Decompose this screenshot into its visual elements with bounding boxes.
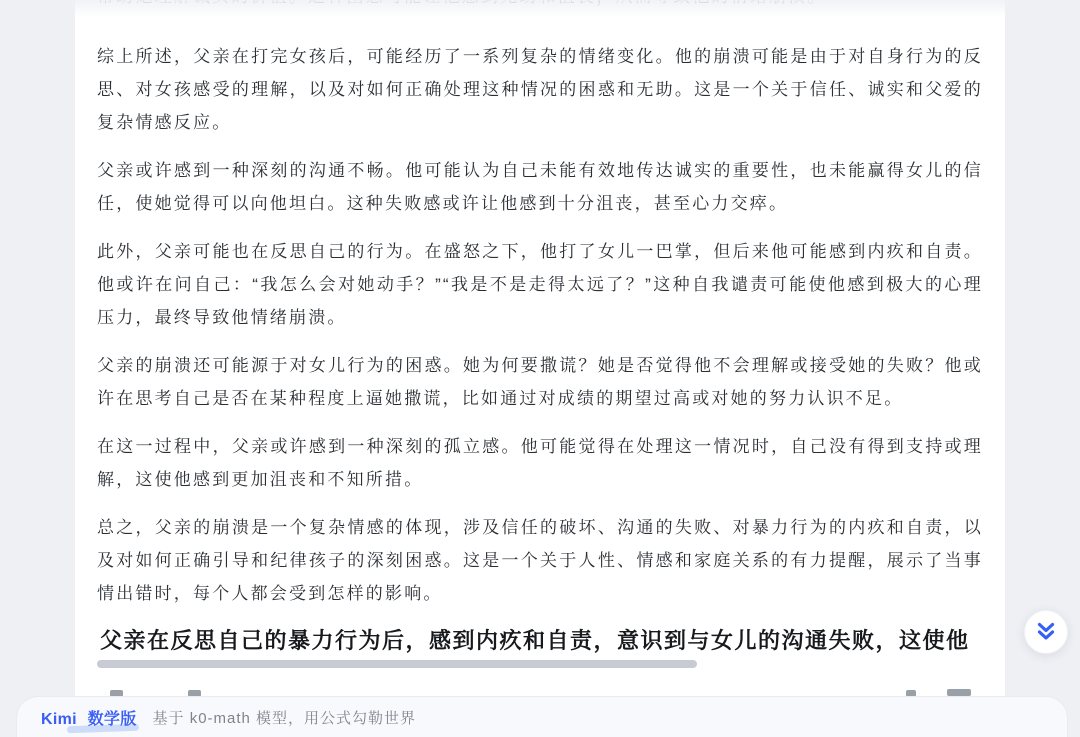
brand-tagline: 基于 k0-math 模型，用公式勾勒世界: [153, 707, 417, 728]
answer-line-text: 父亲在反思自己的暴力行为后，感到内疚和自责，意识到与女儿的沟通失败，这使他: [100, 628, 970, 653]
assistant-paragraph: 总之，父亲的崩溃是一个复杂情感的体现，涉及信任的破坏、沟通的失败、对暴力行为的内…: [97, 511, 983, 610]
clipped-paragraph: 帮助她理解诚实的价值。这种困惑可能让他感到无助和沮丧，从而导致他的情绪崩溃。: [97, 0, 983, 13]
brand-name-cn: 数学版: [88, 711, 137, 728]
assistant-paragraph: 在这一过程中，父亲或许感到一种深刻的孤立感。他可能觉得在处理这一情况时，自己没有…: [97, 430, 983, 496]
assistant-paragraph: 父亲的崩溃还可能源于对女儿行为的困惑。她为何要撒谎？她是否觉得他不会理解或接受她…: [97, 349, 983, 415]
clipped-paragraph-text: 帮助她理解诚实的价值。这种困惑可能让他感到无助和沮丧，从而导致他的情绪崩溃。: [97, 0, 983, 13]
kimi-chat-page: 帮助她理解诚实的价值。这种困惑可能让他感到无助和沮丧，从而导致他的情绪崩溃。 综…: [0, 0, 1080, 737]
scroll-to-bottom-button[interactable]: [1024, 610, 1068, 654]
input-panel[interactable]: Kimi 数学版 基于 k0-math 模型，用公式勾勒世界: [16, 696, 1068, 737]
clipped-action-icon[interactable]: [947, 689, 971, 696]
assistant-paragraph: 综上所述，父亲在打完女孩后，可能经历了一系列复杂的情绪变化。他的崩溃可能是由于对…: [97, 40, 983, 139]
assistant-paragraph: 此外，父亲可能也在反思自己的行为。在盛怒之下，他打了女儿一巴掌，但后来他可能感到…: [97, 235, 983, 334]
assistant-paragraph: 父亲或许感到一种深刻的沟通不畅。他可能认为自己未能有效地传达诚实的重要性，也未能…: [97, 154, 983, 220]
answer-line: 父亲在反思自己的暴力行为后，感到内疚和自责，意识到与女儿的沟通失败，这使他: [97, 626, 983, 656]
chat-message-area: 帮助她理解诚实的价值。这种困惑可能让他感到无助和沮丧，从而导致他的情绪崩溃。 综…: [75, 0, 1005, 737]
scrollbar-thumb[interactable]: [97, 660, 697, 668]
brand-name-en: Kimi: [41, 711, 77, 728]
double-chevron-down-icon: [1034, 620, 1058, 644]
horizontal-scrollbar[interactable]: [97, 660, 983, 668]
kimi-brand: Kimi 数学版: [41, 706, 137, 729]
